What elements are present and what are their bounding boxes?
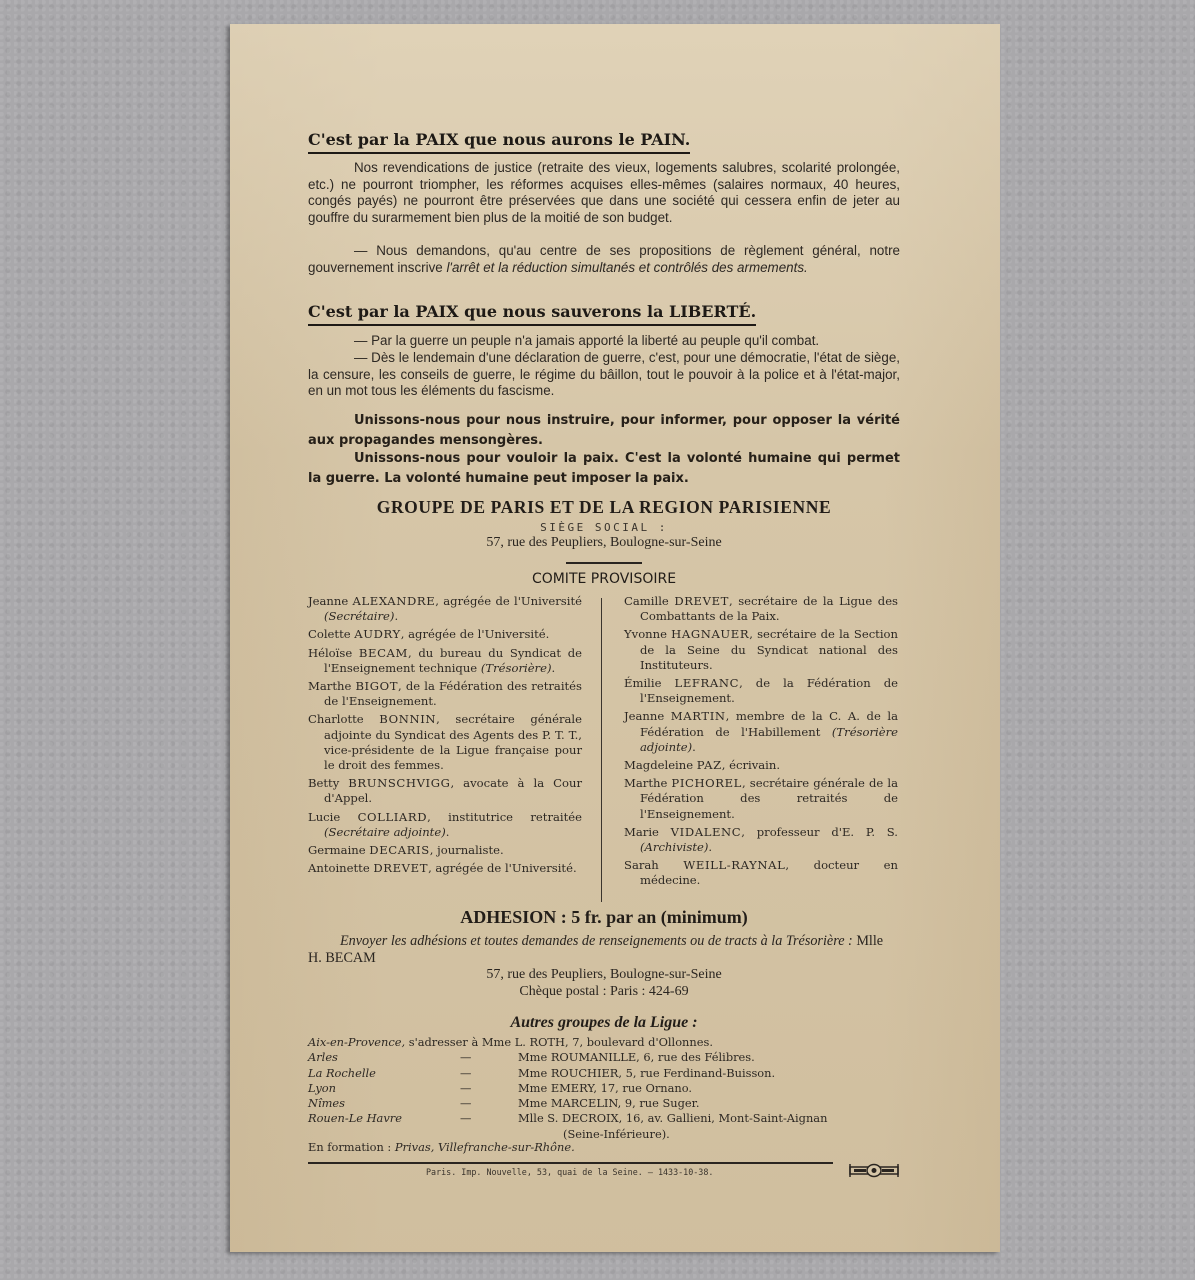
- group-contact: Mme ROUMANILLE, 6, rue des Félibres.: [518, 1050, 755, 1065]
- member-description: , agrégée de l'Université.: [428, 861, 577, 875]
- paragraph-guerre: — Par la guerre un peuple n'a jamais app…: [308, 333, 900, 350]
- member-end: .: [552, 661, 556, 675]
- leaflet-page: C'est par la PAIX que nous aurons le PAI…: [230, 24, 1000, 1252]
- member-first-name: Marthe: [624, 776, 667, 790]
- member-description: , agrégée de l'Université.: [401, 627, 550, 641]
- committee-member: Colette AUDRY, agrégée de l'Université.: [308, 627, 582, 642]
- siege-social-label: SIÈGE SOCIAL :: [308, 521, 900, 534]
- member-last-name: BIGOT: [355, 679, 398, 693]
- committee-member: Germaine DECARIS, journaliste.: [308, 843, 582, 858]
- appeal-instruire: Unissons-nous pour nous instruire, pour …: [308, 411, 900, 451]
- member-last-name: DREVET: [373, 861, 428, 875]
- member-first-name: Charlotte: [308, 712, 364, 726]
- group-contact: (Seine-Inférieure).: [563, 1127, 670, 1142]
- member-first-name: Lucie: [308, 810, 340, 824]
- adhesion-instructions: Envoyer les adhésions et toutes demandes…: [308, 933, 900, 967]
- member-last-name: HAGNAUER: [671, 627, 749, 641]
- adhesion-address: 57, rue des Peupliers, Boulogne-sur-Sein…: [308, 967, 900, 983]
- group-city: Lyon: [308, 1081, 336, 1096]
- member-first-name: Héloïse: [308, 646, 352, 660]
- committee-member: Marie VIDALENC, professeur d'E. P. S. (A…: [624, 825, 898, 855]
- group-city: Rouen-Le Havre: [308, 1111, 402, 1126]
- committee-member: Camille DREVET, secrétaire de la Ligue d…: [624, 594, 898, 624]
- group-contact: Mme ROUCHIER, 5, rue Ferdinand-Buisson.: [518, 1066, 775, 1081]
- printer-imprint: Paris. Imp. Nouvelle, 53, quai de la Sei…: [426, 1167, 713, 1177]
- instructions-text: Envoyer les adhésions et toutes demandes…: [340, 933, 853, 949]
- committee-member: Héloïse BECAM, du bureau du Syndicat de …: [308, 646, 582, 676]
- member-first-name: Colette: [308, 627, 351, 641]
- member-first-name: Émilie: [624, 676, 661, 690]
- committee-member: Betty BRUNSCHVIGG, avocate à la Cour d'A…: [308, 776, 582, 806]
- group-dash: —: [460, 1096, 471, 1111]
- member-first-name: Camille: [624, 594, 669, 608]
- group-dash: —: [460, 1081, 471, 1096]
- member-end: .: [394, 609, 398, 623]
- group-contact: Mme MARCELIN, 9, rue Suger.: [518, 1096, 699, 1111]
- member-last-name: LEFRANC: [675, 676, 740, 690]
- member-role: (Secrétaire adjointe): [324, 825, 446, 839]
- member-description: , professeur d'E. P. S.: [741, 825, 898, 839]
- member-last-name: BRUNSCHVIGG: [348, 776, 450, 790]
- member-last-name: PICHOREL: [671, 776, 742, 790]
- member-last-name: DREVET: [674, 594, 729, 608]
- member-first-name: Marthe: [308, 679, 351, 693]
- member-first-name: Jeanne: [624, 709, 664, 723]
- committee-member: Lucie COLLIARD, institutrice retraitée (…: [308, 810, 582, 840]
- committee-member: Charlotte BONNIN, secrétaire générale ad…: [308, 712, 582, 773]
- group-row: Nîmes—Mme MARCELIN, 9, rue Suger.: [308, 1096, 908, 1111]
- group-row: La Rochelle—Mme ROUCHIER, 5, rue Ferdina…: [308, 1066, 908, 1081]
- member-last-name: BECAM: [359, 646, 408, 660]
- committee-member: Émilie LEFRANC, de la Fédération de l'En…: [624, 676, 898, 706]
- committee-member: Magdeleine PAZ, écrivain.: [624, 758, 898, 773]
- committee-member: Antoinette DREVET, agrégée de l'Universi…: [308, 861, 582, 876]
- member-last-name: PAZ: [697, 758, 722, 772]
- formation-places: Privas, Villefranche-sur-Rhône.: [395, 1140, 575, 1154]
- group-city: Aix-en-Provence,: [308, 1035, 405, 1049]
- column-divider: [601, 598, 602, 902]
- member-last-name: AUDRY: [354, 627, 400, 641]
- formation-line: En formation : Privas, Villefranche-sur-…: [308, 1140, 575, 1154]
- group-row: Rouen-Le Havre—Mlle S. DECROIX, 16, av. …: [308, 1111, 908, 1126]
- member-last-name: WEILL-RAYNAL: [683, 858, 785, 872]
- member-first-name: Germaine: [308, 843, 366, 857]
- group-contact: Mlle S. DECROIX, 16, av. Gallieni, Mont-…: [518, 1111, 827, 1126]
- member-description: , journaliste.: [430, 843, 504, 857]
- member-first-name: Antoinette: [308, 861, 370, 875]
- group-row: Arles—Mme ROUMANILLE, 6, rue des Félibre…: [308, 1050, 908, 1065]
- group-contact: Mme L. ROTH, 7, boulevard d'Ollonnes.: [482, 1035, 713, 1049]
- member-first-name: Jeanne: [308, 594, 348, 608]
- group-address: 57, rue des Peupliers, Boulogne-sur-Sein…: [308, 535, 900, 551]
- adhesion-title: ADHESION : 5 fr. par an (minimum): [308, 907, 900, 928]
- committee-member: Jeanne ALEXANDRE, agrégée de l'Universit…: [308, 594, 582, 624]
- member-first-name: Magdeleine: [624, 758, 693, 772]
- group-city: La Rochelle: [308, 1066, 376, 1081]
- member-description: , institutrice retraitée: [427, 810, 582, 824]
- group-dash: —: [460, 1066, 471, 1081]
- member-role: (Trésorière): [481, 661, 552, 675]
- other-groups-list: Aix-en-Provence, s'adresser à Mme L. ROT…: [308, 1035, 908, 1142]
- section-title-liberte: C'est par la PAIX que nous sauverons la …: [308, 302, 756, 326]
- committee-member: Marthe PICHOREL, secrétaire générale de …: [624, 776, 898, 822]
- member-first-name: Marie: [624, 825, 659, 839]
- group-dash: —: [460, 1050, 471, 1065]
- member-description: , écrivain.: [722, 758, 780, 772]
- member-last-name: ALEXANDRE: [353, 594, 436, 608]
- separator-rule: [566, 562, 642, 564]
- member-role: (Archiviste): [640, 840, 708, 854]
- committee-member: Jeanne MARTIN, membre de la C. A. de la …: [624, 709, 898, 755]
- member-last-name: VIDALENC: [671, 825, 742, 839]
- appeal-paix: Unissons-nous pour vouloir la paix. C'es…: [308, 449, 900, 489]
- committee-member: Yvonne HAGNAUER, secrétaire de la Sectio…: [624, 627, 898, 673]
- member-role: (Secrétaire): [324, 609, 394, 623]
- group-city: Arles: [308, 1050, 338, 1065]
- formation-label: En formation :: [308, 1140, 395, 1154]
- group-contact: Mme EMERY, 17, rue Ornano.: [518, 1081, 692, 1096]
- group-address-label: s'adresser à: [409, 1035, 479, 1049]
- group-row: Aix-en-Provence, s'adresser à Mme L. ROT…: [308, 1035, 908, 1050]
- group-title: GROUPE DE PARIS ET DE LA REGION PARISIEN…: [308, 497, 900, 518]
- group-city: Nîmes: [308, 1096, 345, 1111]
- member-first-name: Betty: [308, 776, 339, 790]
- group-row: Lyon—Mme EMERY, 17, rue Ornano.: [308, 1081, 908, 1096]
- other-groups-title: Autres groupes de la Ligue :: [308, 1014, 900, 1032]
- member-description: , agrégée de l'Université: [435, 594, 582, 608]
- paragraph-demand: — Nous demandons, qu'au centre de ses pr…: [308, 243, 900, 276]
- union-printer-mark-icon: [848, 1161, 900, 1179]
- member-end: .: [446, 825, 450, 839]
- member-last-name: DECARIS: [369, 843, 429, 857]
- committee-title: COMITE PROVISOIRE: [308, 571, 900, 587]
- member-first-name: Yvonne: [624, 627, 667, 641]
- section-title-pain: C'est par la PAIX que nous aurons le PAI…: [308, 130, 690, 154]
- member-last-name: BONNIN: [379, 712, 436, 726]
- paragraph-declaration: — Dès le lendemain d'une déclaration de …: [308, 350, 900, 400]
- member-last-name: MARTIN: [671, 709, 726, 723]
- member-first-name: Sarah: [624, 858, 659, 872]
- footer-rule: [308, 1162, 833, 1164]
- group-dash: —: [460, 1111, 471, 1126]
- member-end: .: [708, 840, 712, 854]
- postal-cheque: Chèque postal : Paris : 424-69: [308, 984, 900, 1000]
- committee-right-column: Camille DREVET, secrétaire de la Ligue d…: [624, 594, 898, 892]
- paragraph-revendications: Nos revendications de justice (retraite …: [308, 160, 900, 226]
- demand-emphasis: l'arrêt et la réduction simultanés et co…: [446, 260, 807, 275]
- member-end: .: [692, 740, 696, 754]
- committee-member: Marthe BIGOT, de la Fédération des retra…: [308, 679, 582, 709]
- committee-member: Sarah WEILL-RAYNAL, docteur en médecine.: [624, 858, 898, 888]
- committee-left-column: Jeanne ALEXANDRE, agrégée de l'Universit…: [308, 594, 582, 879]
- member-last-name: COLLIARD: [358, 810, 428, 824]
